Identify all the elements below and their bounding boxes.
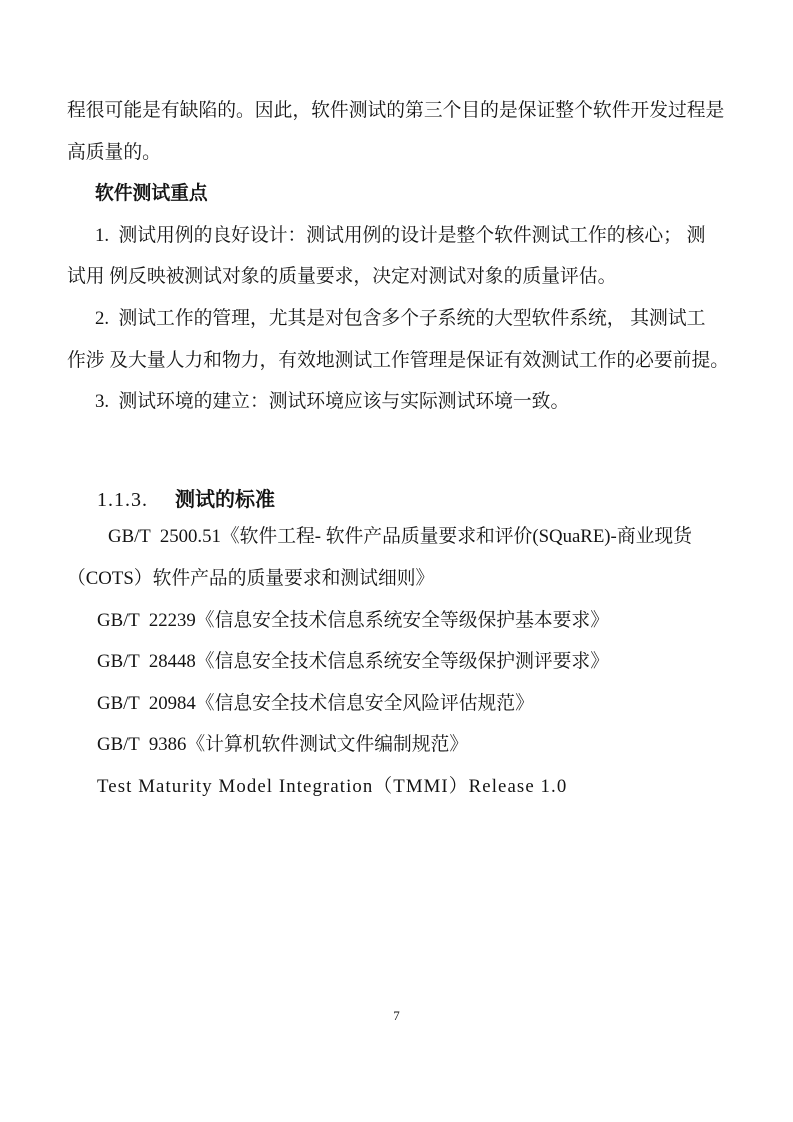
text-line: GB/T 22239《信息安全技术信息系统安全等级保护基本要求》: [67, 600, 727, 642]
text-line: 高质量的。: [67, 132, 727, 174]
page-number: 7: [0, 1007, 793, 1025]
text-line: Test Maturity Model Integration（TMMI）Rel…: [67, 766, 727, 808]
section-heading-number: 1.1.3.: [97, 489, 148, 511]
document-page: 程很可能是有缺陷的。因此，软件测试的第三个目的是保证整个软件开发过程是高质量的。…: [0, 0, 793, 1122]
text-line: 1. 测试用例的良好设计：测试用例的设计是整个软件测试工作的核心； 测: [67, 215, 727, 257]
paragraph-block-top: 程很可能是有缺陷的。因此，软件测试的第三个目的是保证整个软件开发过程是高质量的。…: [67, 90, 727, 423]
text-line: （COTS）软件产品的质量要求和测试细则》: [67, 558, 727, 600]
section-heading-title: 测试的标准: [175, 489, 275, 511]
paragraph-block-standards: GB/T 2500.51《软件工程- 软件产品质量要求和评价(SQuaRE)-商…: [67, 516, 727, 807]
text-line: 软件测试重点: [67, 173, 727, 215]
text-line: 2. 测试工作的管理，尤其是对包含多个子系统的大型软件系统， 其测试工: [67, 298, 727, 340]
text-line: GB/T 2500.51《软件工程- 软件产品质量要求和评价(SQuaRE)-商…: [67, 516, 727, 558]
text-line: GB/T 9386《计算机软件测试文件编制规范》: [67, 724, 727, 766]
document-content: 程很可能是有缺陷的。因此，软件测试的第三个目的是保证整个软件开发过程是高质量的。…: [67, 90, 727, 808]
section-heading: 1.1.3.测试的标准: [67, 439, 727, 481]
text-line: 试用 例反映被测试对象的质量要求，决定对测试对象的质量评估。: [67, 256, 727, 298]
text-line: GB/T 28448《信息安全技术信息系统安全等级保护测评要求》: [67, 641, 727, 683]
text-line: 程很可能是有缺陷的。因此，软件测试的第三个目的是保证整个软件开发过程是: [67, 90, 727, 132]
text-line: GB/T 20984《信息安全技术信息安全风险评估规范》: [67, 683, 727, 725]
text-line: 3. 测试环境的建立：测试环境应该与实际测试环境一致。: [67, 381, 727, 423]
text-line: 作涉 及大量人力和物力，有效地测试工作管理是保证有效测试工作的必要前提。: [67, 340, 727, 382]
